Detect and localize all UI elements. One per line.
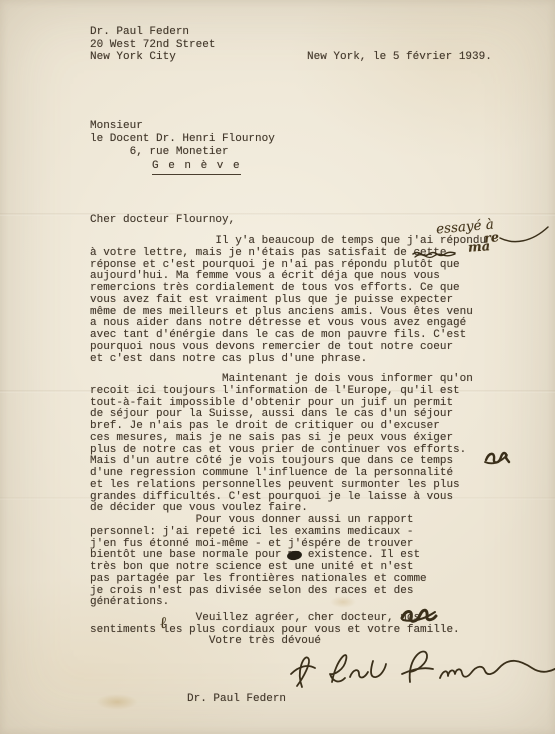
typed-line: Dr. Paul Federn <box>90 26 215 39</box>
typed-line: ces mesures, mais je ne sais pas si je p… <box>90 433 473 445</box>
recipient-address: Monsieurle Docent Dr. Henri Flournoy 6, … <box>90 120 275 175</box>
letter-page: Dr. Paul Federn20 West 72nd StreetNew Yo… <box>0 0 555 734</box>
typed-name: Dr. Paul Federn <box>187 693 286 705</box>
typed-line: générations. <box>90 597 427 609</box>
margin-ink-scribble <box>484 450 510 466</box>
typed-line: personnel: j'ai repeté ici les examins m… <box>90 527 427 539</box>
typed-line: pas partagée par les frontières national… <box>90 574 427 586</box>
body-paragraph-2: Maintenant je dois vous informer qu'onre… <box>90 374 473 515</box>
typed-line: très bon que notre science est une unité… <box>90 562 427 574</box>
typed-line: avec tant d'énérgie dans le cas de mon p… <box>90 330 486 342</box>
typed-line: pourquoi nous vous devons remercier de t… <box>90 342 486 354</box>
typed-line: recoit ici toujours l'information de l'E… <box>90 386 473 398</box>
typed-line: vous avez fait est vraiment plus que je … <box>90 295 486 307</box>
sender-address: Dr. Paul Federn20 West 72nd StreetNew Yo… <box>90 26 215 64</box>
paper-crease <box>0 213 555 216</box>
signature <box>288 641 553 697</box>
typed-line: New York City <box>90 51 215 64</box>
strikethrough-mark <box>412 249 458 260</box>
typed-line: et les relations personnelles peuvent su… <box>90 480 473 492</box>
salutation: Cher docteur Flournoy, <box>90 214 235 226</box>
typed-line: Pour vous donner aussi un rapport <box>90 515 427 527</box>
handwritten-flourish <box>498 224 552 248</box>
ink-overwrite-nos <box>400 608 442 624</box>
date-line: New York, le 5 février 1939. <box>307 51 492 63</box>
typed-line: bref. Je n'ais pas le droit de critiquer… <box>90 421 473 433</box>
recipient-city: G e n è v e <box>152 160 241 175</box>
typed-line: d'une regression commune l'influence de … <box>90 468 473 480</box>
typed-line: 20 West 72nd Street <box>90 39 215 52</box>
typed-line: 6, rue Monetier <box>90 146 275 159</box>
paper-stain <box>96 694 138 710</box>
typed-line: le Docent Dr. Henri Flournoy <box>90 133 275 146</box>
typed-line: Il y'a beaucoup de temps que j'ai répond… <box>90 236 486 248</box>
typed-line: Monsieur <box>90 120 275 133</box>
recipient-city-line: G e n è v e <box>90 160 275 175</box>
recipient-lines: Monsieurle Docent Dr. Henri Flournoy 6, … <box>90 120 275 160</box>
typed-line: Maintenant je dois vous informer qu'on <box>90 374 473 386</box>
typed-line: et c'est dans notre cas plus d'une phras… <box>90 354 486 366</box>
body-paragraph-3: Pour vous donner aussi un rapportpersonn… <box>90 515 427 609</box>
handwritten-replacement-ma: ma <box>468 239 491 256</box>
typed-line: remercions très cordialement de tous vos… <box>90 283 486 295</box>
